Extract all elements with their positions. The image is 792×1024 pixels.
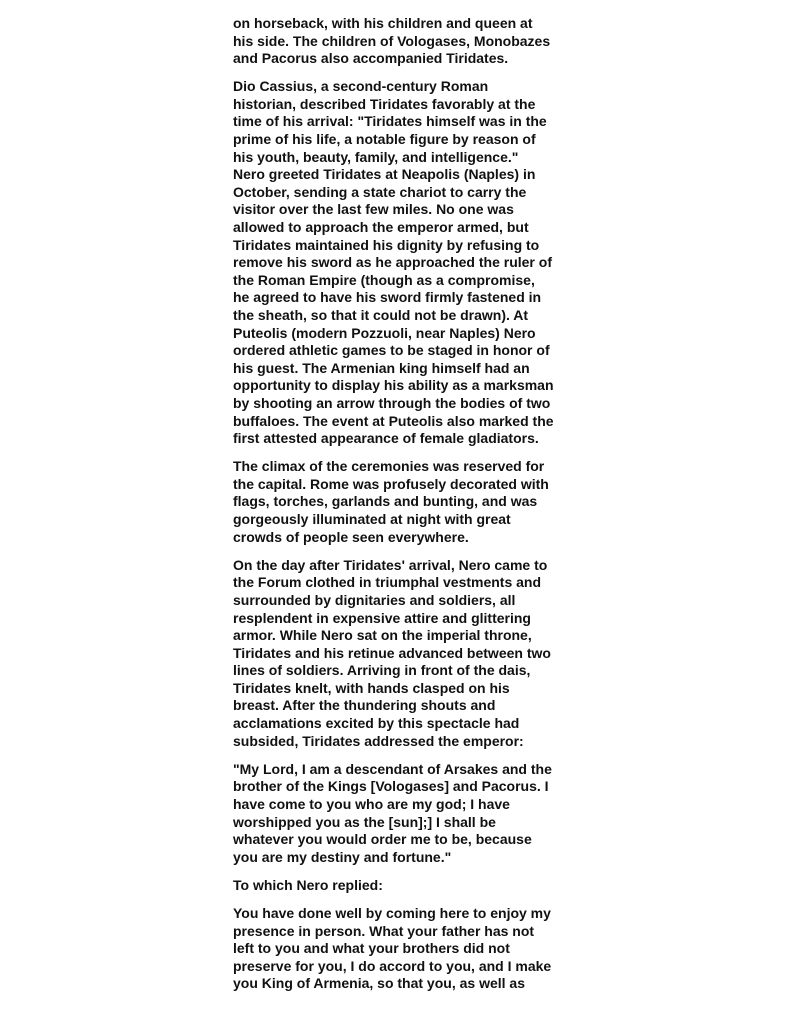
text-line: and Pacorus also accompanied Tiridates. (233, 50, 563, 68)
text-line: you are my destiny and fortune." (233, 849, 563, 867)
text-line: brother of the Kings [Vologases] and Pac… (233, 778, 563, 796)
paragraph-tiridates-speech: "My Lord, I am a descendant of Arsakes a… (233, 761, 563, 867)
text-line: by shooting an arrow through the bodies … (233, 395, 563, 413)
text-line: "My Lord, I am a descendant of Arsakes a… (233, 761, 563, 779)
text-line: opportunity to display his ability as a … (233, 377, 563, 395)
text-line: his youth, beauty, family, and intellige… (233, 149, 563, 167)
text-line: the capital. Rome was profusely decorate… (233, 476, 563, 494)
text-line: time of his arrival: "Tiridates himself … (233, 113, 563, 131)
text-line: left to you and what your brothers did n… (233, 940, 563, 958)
paragraph-forum-audience: On the day after Tiridates' arrival, Ner… (233, 557, 563, 751)
text-line: To which Nero replied: (233, 877, 563, 895)
document-page: on horseback, with his children and quee… (233, 15, 563, 1003)
text-line: have come to you who are my god; I have (233, 796, 563, 814)
text-line: visitor over the last few miles. No one … (233, 201, 563, 219)
text-line: resplendent in expensive attire and glit… (233, 610, 563, 628)
text-line: whatever you would order me to be, becau… (233, 831, 563, 849)
text-line: the Forum clothed in triumphal vestments… (233, 574, 563, 592)
text-line: crowds of people seen everywhere. (233, 529, 563, 547)
text-line: Tiridates and his retinue advanced betwe… (233, 645, 563, 663)
text-line: remove his sword as he approached the ru… (233, 254, 563, 272)
text-line: flags, torches, garlands and bunting, an… (233, 493, 563, 511)
text-line: gorgeously illuminated at night with gre… (233, 511, 563, 529)
text-line: his side. The children of Vologases, Mon… (233, 33, 563, 51)
text-line: On the day after Tiridates' arrival, Ner… (233, 557, 563, 575)
text-line: worshipped you as the [sun];] I shall be (233, 814, 563, 832)
text-line: Tiridates maintained his dignity by refu… (233, 237, 563, 255)
text-line: on horseback, with his children and quee… (233, 15, 563, 33)
text-line: subsided, Tiridates addressed the empero… (233, 733, 563, 751)
text-line: the Roman Empire (though as a compromise… (233, 272, 563, 290)
text-line: presence in person. What your father has… (233, 923, 563, 941)
text-line: lines of soldiers. Arriving in front of … (233, 662, 563, 680)
text-line: The climax of the ceremonies was reserve… (233, 458, 563, 476)
text-line: prime of his life, a notable figure by r… (233, 131, 563, 149)
text-line: buffaloes. The event at Puteolis also ma… (233, 413, 563, 431)
text-line: you King of Armenia, so that you, as wel… (233, 975, 563, 993)
text-line: allowed to approach the emperor armed, b… (233, 219, 563, 237)
text-line: Nero greeted Tiridates at Neapolis (Napl… (233, 166, 563, 184)
text-line: the sheath, so that it could not be draw… (233, 307, 563, 325)
text-line: acclamations excited by this spectacle h… (233, 715, 563, 733)
text-line: armor. While Nero sat on the imperial th… (233, 627, 563, 645)
text-line: ordered athletic games to be staged in h… (233, 342, 563, 360)
text-line: historian, described Tiridates favorably… (233, 96, 563, 114)
text-line: surrounded by dignitaries and soldiers, … (233, 592, 563, 610)
paragraph-arrival-procession: on horseback, with his children and quee… (233, 15, 563, 68)
paragraph-nero-reply: You have done well by coming here to enj… (233, 905, 563, 993)
text-line: You have done well by coming here to enj… (233, 905, 563, 923)
text-line: preserve for you, I do accord to you, an… (233, 958, 563, 976)
text-line: first attested appearance of female glad… (233, 430, 563, 448)
text-line: breast. After the thundering shouts and (233, 697, 563, 715)
paragraph-dio-cassius: Dio Cassius, a second-century Roman hist… (233, 78, 563, 447)
text-line: he agreed to have his sword firmly faste… (233, 289, 563, 307)
text-line: October, sending a state chariot to carr… (233, 184, 563, 202)
paragraph-rome-ceremonies: The climax of the ceremonies was reserve… (233, 458, 563, 546)
text-line: Tiridates knelt, with hands clasped on h… (233, 680, 563, 698)
text-line: Puteolis (modern Pozzuoli, near Naples) … (233, 325, 563, 343)
paragraph-nero-reply-intro: To which Nero replied: (233, 877, 563, 895)
text-line: his guest. The Armenian king himself had… (233, 360, 563, 378)
text-line: Dio Cassius, a second-century Roman (233, 78, 563, 96)
